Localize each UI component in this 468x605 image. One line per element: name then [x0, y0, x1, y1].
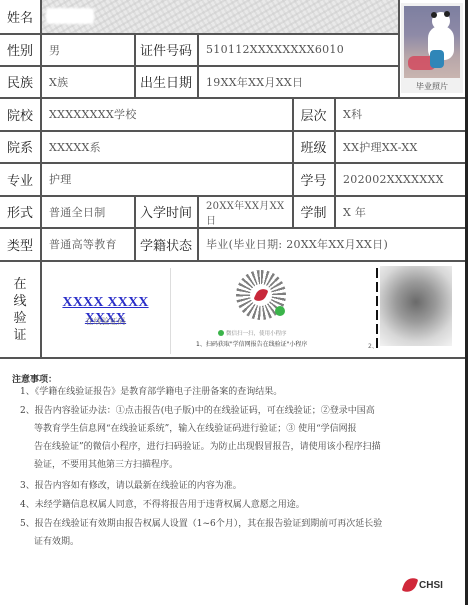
label-ethnicity: 民族 [0, 66, 40, 97]
value-status: 毕业(毕业日期: 20XX年XX月XX日) [198, 228, 465, 260]
note-2-line-4: 验证，不要用其他第三方扫描程序。 [34, 456, 444, 474]
label-name: 姓名 [0, 0, 40, 33]
label-major: 专业 [0, 163, 40, 195]
value-enroll-date: 20XX年XX月XX日 [198, 196, 292, 227]
wechat-icon [218, 330, 224, 336]
note-2-line-2: 等教育学生信息网“在线验证系统”，输入在线验证码进行验证；③ 使用“学信网报 [34, 420, 444, 438]
label-online-verification: 在 线 验 证 [0, 262, 40, 358]
value-id-number: 510112XXXXXXXX6010 [198, 34, 398, 65]
value-gender: 男 [41, 34, 134, 65]
value-ethnicity: X族 [41, 66, 134, 97]
label-student-id: 学号 [293, 163, 334, 195]
chsi-bird-icon [402, 575, 419, 594]
label-edu-type: 类型 [0, 228, 40, 260]
blurred-qr-code [380, 266, 452, 346]
value-major: 护理 [41, 163, 292, 195]
note-5: 5、报告在线验证有效期由报告权属人设置（1~6个月），其在报告验证到期前可再次延… [20, 515, 440, 533]
info-table: 姓名 性别 男 证件号码 510112XXXXXXXX6010 民族 X族 出生… [0, 0, 465, 358]
label-level: 层次 [293, 98, 334, 130]
label-class: 班级 [293, 131, 334, 162]
value-duration: X 年 [335, 196, 465, 227]
value-class: XX护理XX-XX [335, 131, 465, 162]
photo-image [404, 6, 460, 78]
chsi-logo-icon [250, 284, 272, 306]
wechat-badge-icon [275, 306, 285, 316]
note-3: 3、报告内容如有修改，请以最新在线验证的内容为准。 [20, 477, 440, 495]
label-status: 学籍状态 [135, 228, 197, 260]
label-id-number: 证件号码 [135, 34, 197, 65]
name-value-redacted [46, 8, 94, 24]
value-level: X科 [335, 98, 465, 130]
label-birth-date: 出生日期 [135, 66, 197, 97]
value-department: XXXXX系 [41, 131, 292, 162]
chsi-logo: CHSI [404, 577, 443, 593]
value-study-form: 普通全日制 [41, 196, 134, 227]
name-value-watermark [41, 0, 398, 33]
note-1: 1、《学籍在线验证报告》是教育部学籍电子注册备案的查询结果。 [20, 383, 440, 401]
value-edu-type: 普通高等教育 [41, 228, 134, 260]
note-5-line-2: 证有效期。 [34, 533, 444, 551]
divider [170, 268, 171, 354]
label-enroll-date: 入学时间 [135, 196, 197, 227]
label-duration: 学制 [293, 196, 334, 227]
student-status-report: 姓名 性别 男 证件号码 510112XXXXXXXX6010 民族 X族 出生… [0, 0, 468, 605]
note-2-line-3: 告在线验证”的微信小程序，进行扫码验证。为防止出现假冒报告，请使用该小程序扫描 [34, 438, 444, 456]
dashed-divider [376, 268, 378, 348]
photo-caption: 毕业照片 [401, 81, 463, 92]
verification-code-caption: 在线验证码 [48, 316, 163, 327]
graduation-photo: 毕业照片 [401, 3, 463, 93]
value-student-id: 202002XXXXXXX [335, 163, 465, 195]
label-study-form: 形式 [0, 196, 40, 227]
label-gender: 性别 [0, 34, 40, 65]
step-2-text: 2、 [368, 341, 378, 350]
wechat-hint: 微信扫一扫，使用小程序 [218, 329, 287, 337]
value-birth-date: 19XX年XX月XX日 [198, 66, 398, 97]
note-2: 2、报告内容验证办法：①点击报告(电子版)中的在线验证码，可在线验证；②登录中国… [20, 402, 440, 420]
value-school: XXXXXXXX学校 [41, 98, 292, 130]
step-1-text: 1、扫码获取"学信网报告在线验证"小程序 [196, 339, 307, 348]
label-department: 院系 [0, 131, 40, 162]
label-school: 院校 [0, 98, 40, 130]
chsi-brand-text: CHSI [419, 580, 443, 591]
note-4: 4、未经学籍信息权属人同意，不得将报告用于违背权属人意愿之用途。 [20, 496, 440, 514]
